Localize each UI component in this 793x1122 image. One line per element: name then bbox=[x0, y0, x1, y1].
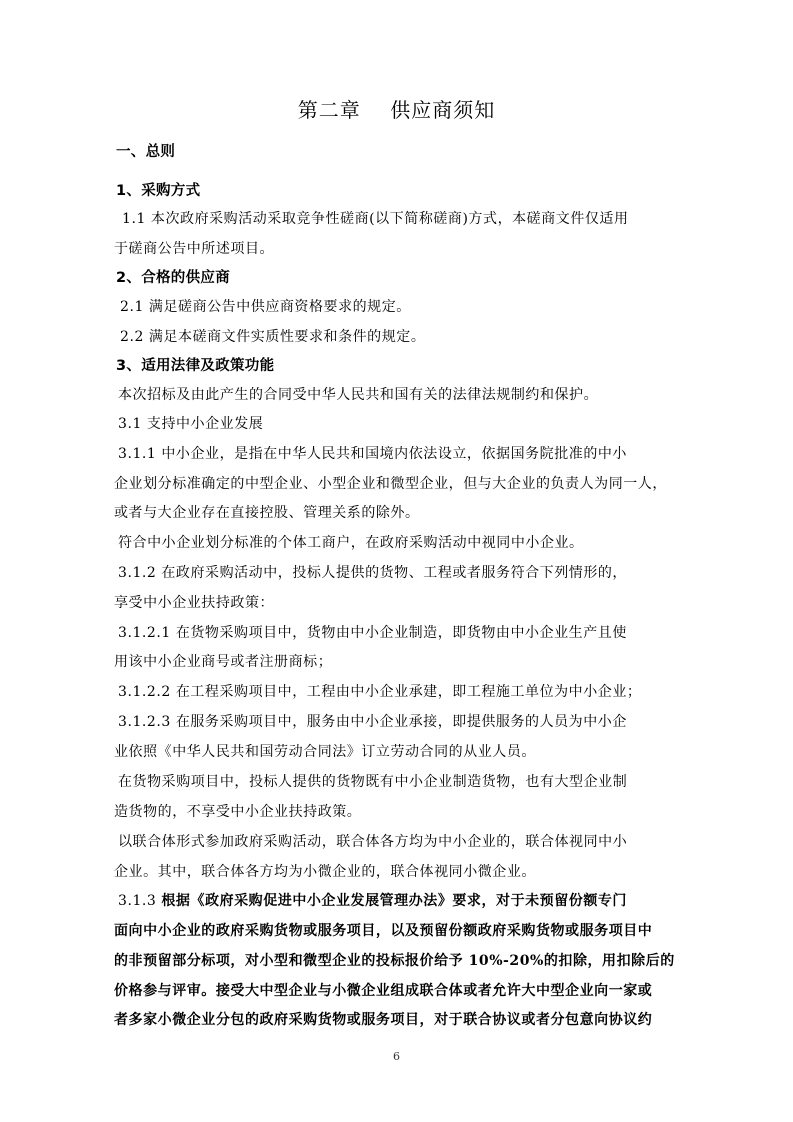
paragraph-line: 本次招标及由此产生的合同受中华人民共和国有关的法律法规制约和保护。 bbox=[114, 385, 690, 405]
subsection-heading-procurement-method: 1、采购方式 bbox=[114, 181, 688, 201]
clause-number: 3.1.3 bbox=[118, 893, 161, 909]
paragraph-line-bold: 面向中小企业的政府采购货物或服务项目，以及预留份额政府采购货物或服务项目中 bbox=[114, 921, 686, 941]
paragraph-line: 或者与大企业存在直接控股、管理关系的除外。 bbox=[114, 503, 686, 523]
paragraph-line: 2.2 满足本磋商文件实质性要求和条件的规定。 bbox=[114, 327, 692, 347]
paragraph-line: 造货物的，不享受中小企业扶持政策。 bbox=[114, 802, 686, 822]
paragraph-line: 于磋商公告中所述项目。 bbox=[114, 239, 686, 259]
paragraph-line: 3.1 支持中小企业发展 bbox=[114, 414, 690, 434]
paragraph-line: 1.1 本次政府采购活动采取竞争性磋商(以下简称磋商)方式，本磋商文件仅适用 bbox=[114, 209, 694, 229]
page-number: 6 bbox=[0, 1050, 793, 1063]
paragraph-line: 企业划分标准确定的中型企业、小型企业和微型企业，但与大企业的负责人为同一人， bbox=[114, 474, 686, 494]
paragraph-line: 企业。其中，联合体各方均为小微企业的，联合体视同小微企业。 bbox=[114, 862, 686, 882]
paragraph-line: 3.1.2.2 在工程采购项目中，工程由中小企业承建，即工程施工单位为中小企业； bbox=[114, 682, 690, 702]
subsection-heading-qualified-suppliers: 2、合格的供应商 bbox=[114, 268, 688, 288]
paragraph-line: 3.1.2 在政府采购活动中，投标人提供的货物、工程或者服务符合下列情形的， bbox=[114, 563, 690, 583]
paragraph-line-bold: 者多家小微企业分包的政府采购货物或服务项目，对于联合协议或者分包意向协议约 bbox=[114, 1010, 686, 1030]
paragraph-line: 3.1.2.1 在货物采购项目中，货物由中小企业制造，即货物由中小企业生产且使 bbox=[114, 623, 690, 643]
subsection-heading-applicable-law: 3、适用法律及政策功能 bbox=[114, 356, 688, 376]
paragraph-line: 符合中小企业划分标准的个体工商户，在政府采购活动中视同中小企业。 bbox=[114, 533, 690, 553]
document-page: 第二章 供应商须知 一、总则 1、采购方式 1.1 本次政府采购活动采取竞争性磋… bbox=[0, 0, 793, 1122]
paragraph-line: 3.1.1 中小企业，是指在中华人民共和国境内依法设立，依据国务院批准的中小 bbox=[114, 444, 690, 464]
paragraph-line-bold: 价格参与评审。接受大中型企业与小微企业组成联合体或者允许大中型企业向一家或 bbox=[114, 981, 686, 1001]
bold-clause-text: 根据《政府采购促进中小企业发展管理办法》要求，对于未预留份额专门 bbox=[161, 893, 627, 909]
paragraph-line: 在货物采购项目中，投标人提供的货物既有中小企业制造货物，也有大型企业制 bbox=[114, 772, 690, 792]
paragraph-line-mixed: 3.1.3 根据《政府采购促进中小企业发展管理办法》要求，对于未预留份额专门 bbox=[114, 891, 690, 911]
paragraph-line: 业依照《中华人民共和国劳动合同法》订立劳动合同的从业人员。 bbox=[114, 742, 686, 762]
section-heading-general: 一、总则 bbox=[114, 142, 688, 162]
paragraph-line: 享受中小企业扶持政策： bbox=[114, 593, 686, 613]
paragraph-line: 以联合体形式参加政府采购活动，联合体各方均为中小企业的，联合体视同中小 bbox=[114, 832, 690, 852]
paragraph-line-bold: 的非预留部分标项，对小型和微型企业的投标报价给予 10%-20%的扣除，用扣除后… bbox=[114, 951, 686, 971]
paragraph-line: 3.1.2.3 在服务采购项目中，服务由中小企业承接，即提供服务的人员为中小企 bbox=[114, 712, 690, 732]
paragraph-line: 用该中小企业商号或者注册商标； bbox=[114, 652, 686, 672]
paragraph-line: 2.1 满足磋商公告中供应商资格要求的规定。 bbox=[114, 297, 692, 317]
chapter-title: 第二章 供应商须知 bbox=[0, 96, 793, 124]
